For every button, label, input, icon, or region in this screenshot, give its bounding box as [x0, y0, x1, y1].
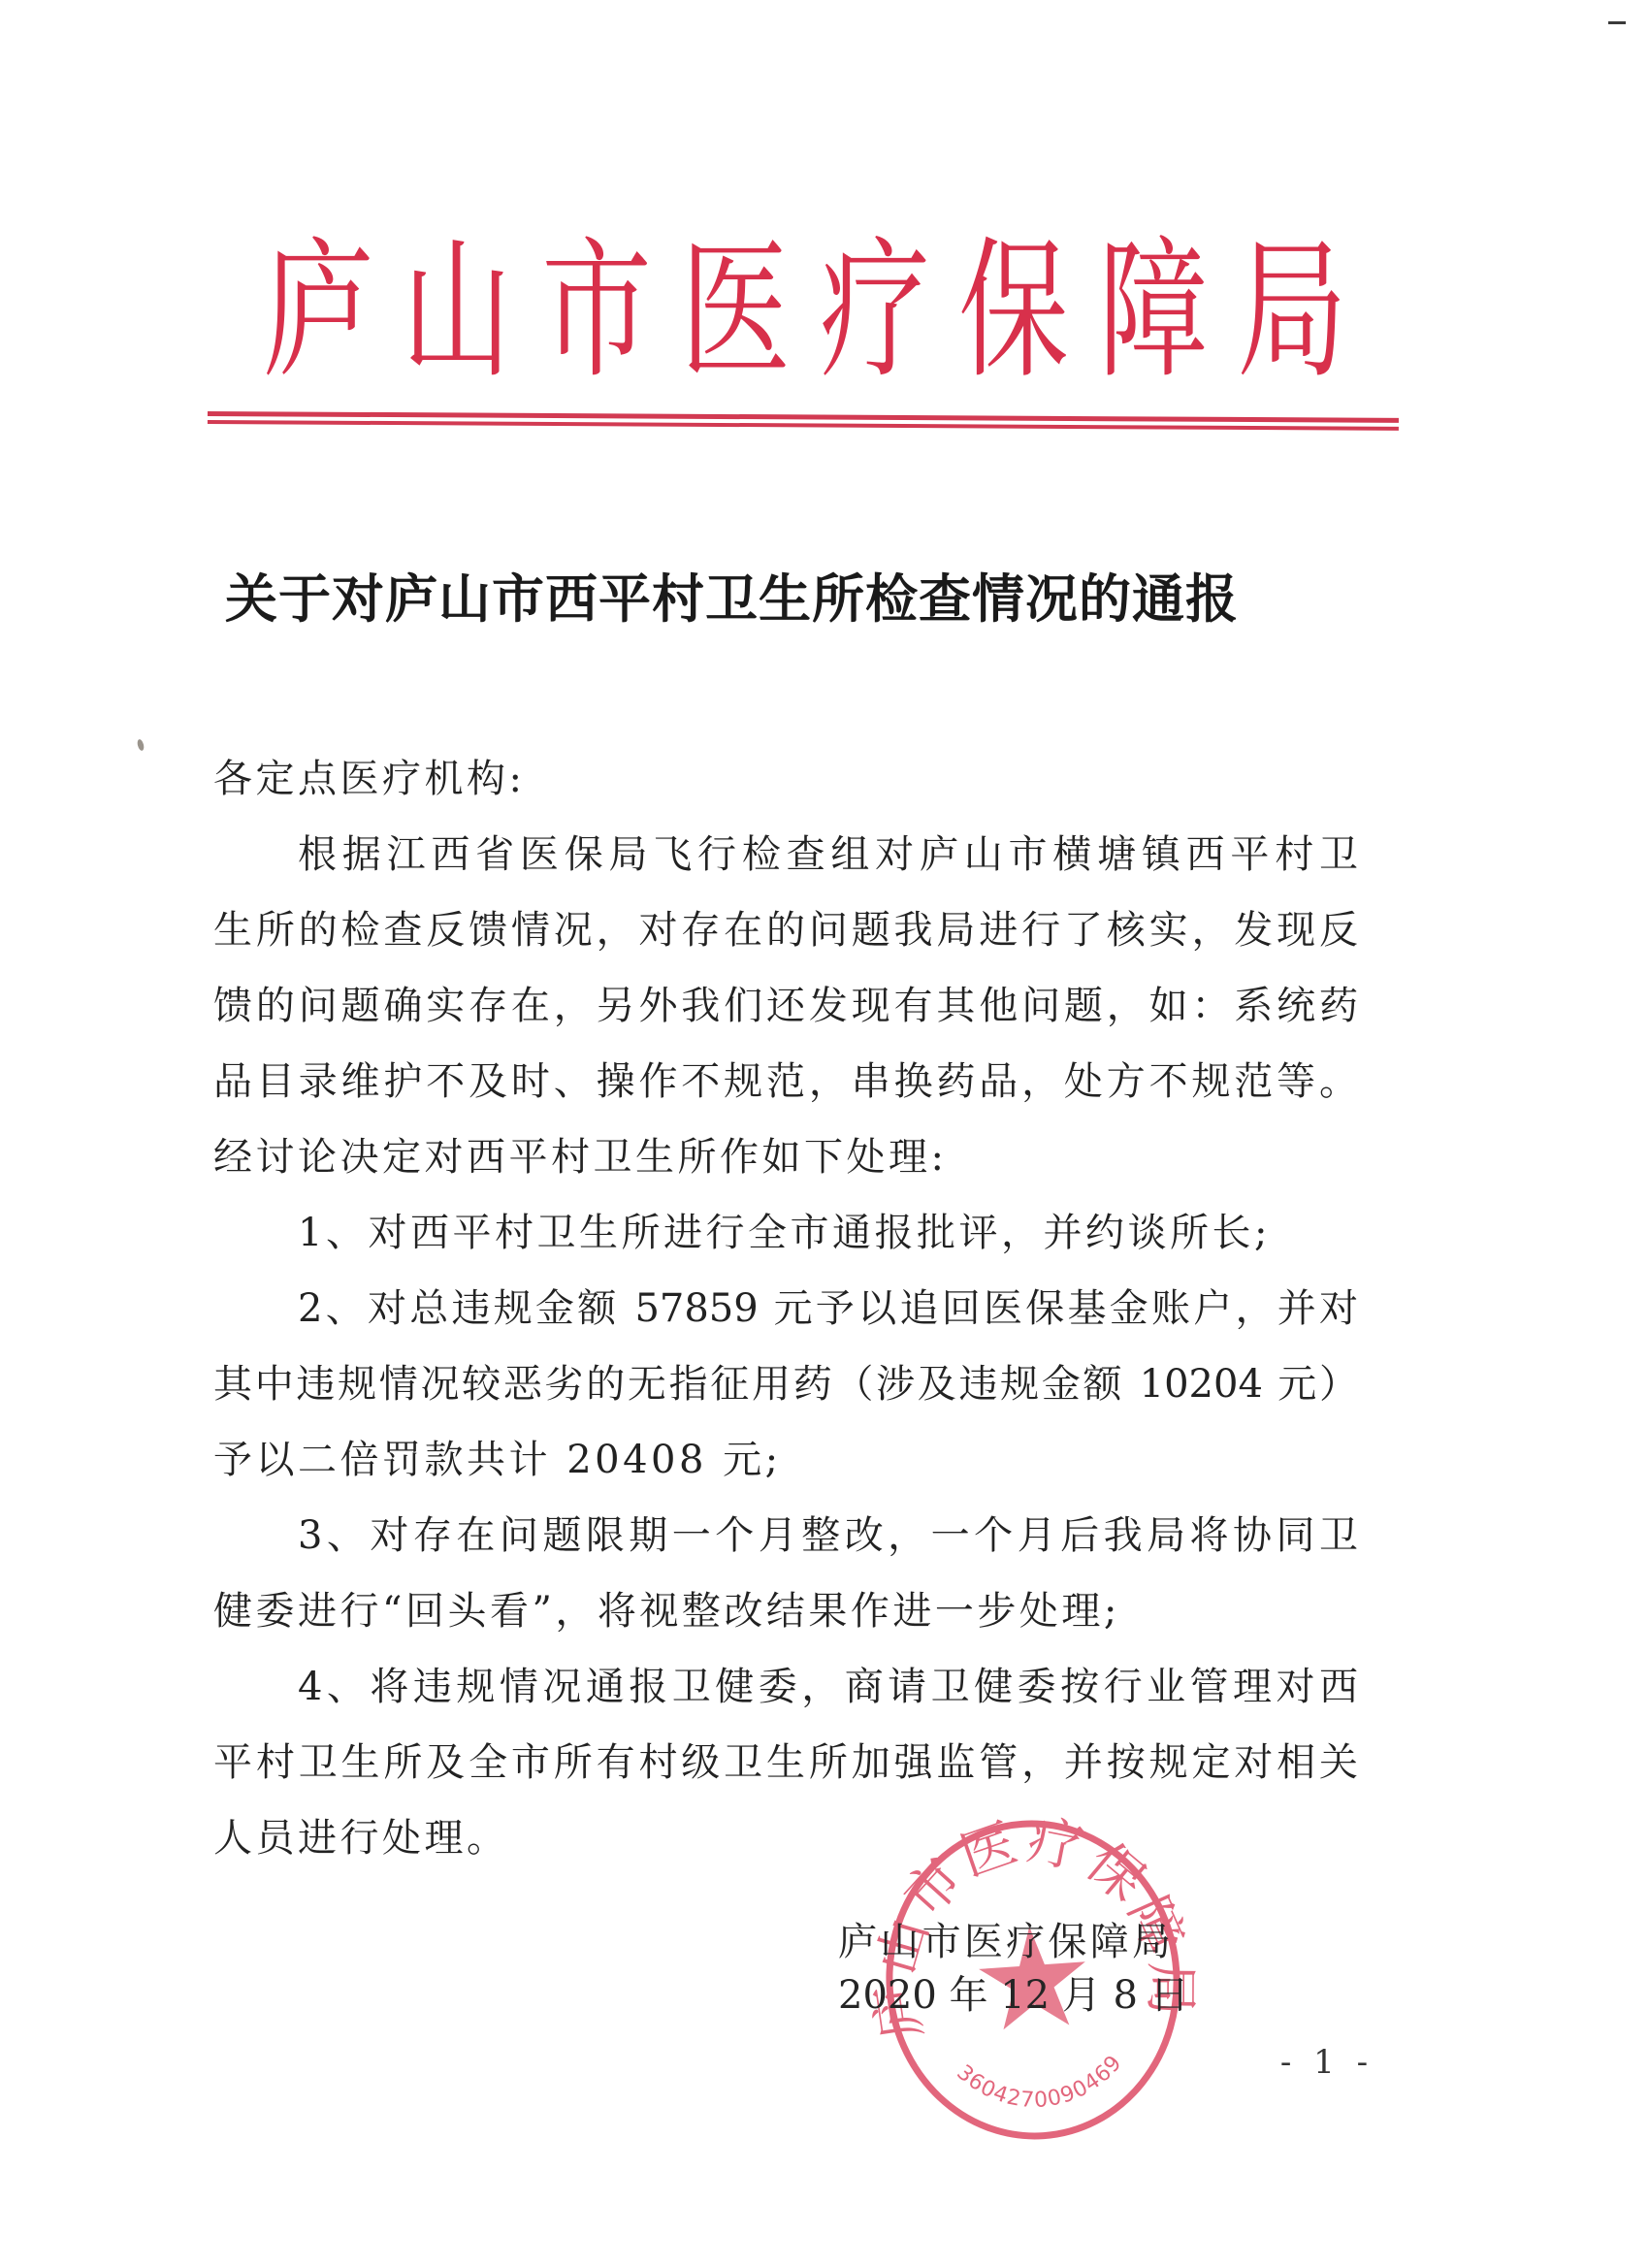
text-line: 健委进行“回头看”，将视整改结果作进一步处理; [213, 1573, 1358, 1649]
masthead-char: 庐 [263, 214, 373, 409]
masthead-char: 局 [1237, 214, 1347, 409]
document-title: 关于对庐山市西平村卫生所检查情况的通报 [225, 565, 1350, 632]
svg-text:3604270090469: 3604270090469 [951, 2050, 1130, 2119]
scan-speck [137, 738, 145, 751]
issuer-signature: 庐山市医疗保障局 [838, 1919, 1173, 1965]
masthead-char: 山 [403, 214, 513, 409]
issue-date: 2020 年 12 月 8 日 [838, 1972, 1153, 2019]
masthead-char: 疗 [820, 214, 930, 409]
list-item-1: 1、对西平村卫生所进行全市通报批评，并约谈所长; [213, 1195, 1358, 1271]
masthead-char: 市 [541, 214, 652, 409]
text-line: 生所的检查反馈情况，对存在的问题我局进行了核实，发现反 [213, 892, 1358, 968]
text-line: 经讨论决定对西平村卫生所作如下处理: [213, 1119, 1358, 1195]
text-line: 其中违规情况较恶劣的无指征用药（涉及违规金额 10204 元） [213, 1346, 1358, 1422]
text-line: 人员进行处理。 [213, 1800, 1358, 1876]
text-line: 根据江西省医保局飞行检查组对庐山市横塘镇西平村卫 [213, 817, 1358, 892]
paragraph-intro: 根据江西省医保局飞行检查组对庐山市横塘镇西平村卫 生所的检查反馈情况，对存在的问… [213, 817, 1358, 1195]
scan-corner-mark [1608, 21, 1626, 24]
salutation: 各定点医疗机构: [213, 741, 1358, 817]
text-line: 馈的问题确实存在，另外我们还发现有其他问题，如：系统药 [213, 968, 1358, 1044]
text-line: 品目录维护不及时、操作不规范，串换药品，处方不规范等。 [213, 1044, 1358, 1119]
page-number: - 1 - [1278, 2039, 1375, 2086]
text-line: 4、将违规情况通报卫健委，商请卫健委按行业管理对西 [213, 1649, 1358, 1725]
list-item-3: 3、对存在问题限期一个月整改，一个月后我局将协同卫 健委进行“回头看”，将视整改… [213, 1498, 1358, 1649]
document-body: 各定点医疗机构: 根据江西省医保局飞行检查组对庐山市横塘镇西平村卫 生所的检查反… [213, 741, 1358, 1876]
masthead-char: 保 [958, 214, 1069, 409]
text-line: 平村卫生所及全市所有村级卫生所加强监管，并按规定对相关 [213, 1725, 1358, 1800]
text-line: 2、对总违规金额 57859 元予以追回医保基金账户，并对 [213, 1271, 1358, 1346]
masthead-char: 障 [1098, 214, 1209, 409]
text-line: 1、对西平村卫生所进行全市通报批评，并约谈所长; [213, 1195, 1358, 1271]
issuer-masthead: 庐 山 市 医 疗 保 障 局 [254, 229, 1356, 394]
masthead-char: 医 [681, 214, 792, 409]
masthead-divider [208, 411, 1399, 432]
text-line: 3、对存在问题限期一个月整改，一个月后我局将协同卫 [213, 1498, 1358, 1573]
list-item-2: 2、对总违规金额 57859 元予以追回医保基金账户，并对 其中违规情况较恶劣的… [213, 1271, 1358, 1498]
text-line: 予以二倍罚款共计 20408 元; [213, 1422, 1358, 1498]
list-item-4: 4、将违规情况通报卫健委，商请卫健委按行业管理对西 平村卫生所及全市所有村级卫生… [213, 1649, 1358, 1876]
